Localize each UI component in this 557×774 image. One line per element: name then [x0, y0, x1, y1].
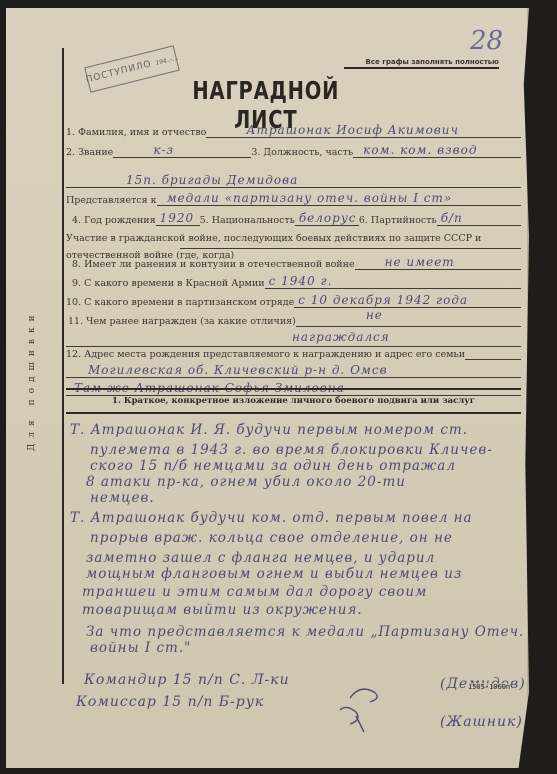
section-divider-bottom	[66, 412, 521, 414]
field-prior-awards-value: не	[366, 308, 383, 322]
field-nationality-label: 5. Национальность	[200, 215, 295, 226]
field-name-value: Атрашонак Иосиф Акимович	[246, 123, 459, 137]
field-wounds-value: не имеет	[385, 255, 455, 269]
field-address: 12. Адрес места рождения представляемого…	[66, 344, 521, 360]
field-rank-label: 2. Звание	[66, 147, 113, 158]
field-birth-year-label: 4. Год рождения	[72, 215, 156, 226]
field-nominated: Представляется к медали «партизану отеч.…	[66, 190, 521, 206]
field-rank-value: к-з	[153, 143, 174, 157]
field-nominated-value: медали «партизану отеч. войны I ст»	[167, 191, 453, 205]
field-address-value-1: Могилевская об. Кличевский р-н д. Омсв	[88, 363, 388, 377]
field-birth-year-value: 1920	[160, 211, 195, 225]
field-position-value: ком. ком. взвод	[363, 143, 477, 157]
narrative-line: прорыв враж. кольца свое отделение, он н…	[90, 530, 453, 546]
stamp-date: 194..-...	[155, 54, 179, 66]
field-red-army: 9. С какого времени в Красной Армии с 19…	[72, 273, 521, 289]
narrative-line: пулемета в 1943 г. во время блокировки К…	[90, 442, 493, 458]
field-nationality-value: белорус	[299, 211, 357, 225]
narrative-line: товарищам выйти из окружения.	[82, 602, 363, 618]
field-address-label: 12. Адрес места рождения представляемого…	[66, 349, 465, 360]
field-wounds: 8. Имеет ли ранения и контузии в отечест…	[72, 254, 521, 270]
instruction-text: Все графы заполнять полностью	[344, 58, 499, 69]
field-civil-war-line	[180, 248, 521, 249]
field-partisan: 10. С какого времени в партизанском отря…	[66, 292, 521, 308]
narrative-line: 8 атаки пр-ка, огнем убил около 20-ти	[86, 474, 406, 490]
field-partisan-label: 10. С какого времени в партизанском отря…	[66, 297, 294, 308]
field-name-label: 1. Фамилия, имя и отчество	[66, 127, 206, 138]
narrative-line: Т. Атрашонак будучи ком. отд. первым пов…	[70, 510, 473, 526]
narrative-line: ского 15 п/б немцами за один день отража…	[90, 458, 456, 474]
narrative-line: Т. Атрашонак И. Я. будучи первым номером…	[70, 422, 468, 438]
field-partisan-value: с 10 декабря 1942 года	[298, 293, 468, 307]
narrative-line: траншеи и этим самым дал дорогу своим	[82, 584, 427, 600]
field-position-cont-line: 15п. бригады Демидова	[66, 172, 521, 188]
field-prior-awards-cont: награждался	[292, 330, 390, 344]
margin-rule	[62, 48, 64, 684]
narrative-line: войны I ст."	[90, 640, 191, 656]
field-prior-awards-label: 11. Чем ранее награжден (за какие отличи…	[68, 316, 296, 327]
narrative-line: За что представляется к медали „Партизан…	[86, 624, 524, 640]
narrative-line: немцев.	[90, 490, 155, 506]
commissar-name: (Жашник)	[440, 714, 523, 730]
field-address-line1: Могилевская об. Кличевский р-н д. Омсв	[66, 362, 521, 378]
archive-stamp: 1505-1060п	[468, 683, 510, 691]
field-position-label: 3. Должность, часть	[251, 147, 353, 158]
section-divider-top	[66, 388, 521, 390]
field-position-cont: 15п. бригады Демидова	[126, 173, 298, 187]
narrative-line: мощным фланговым огнем и выбил немцев из	[86, 566, 462, 582]
field-red-army-value: с 1940 г.	[269, 274, 333, 288]
field-party-label: 6. Партийность	[359, 215, 437, 226]
narrative-line: заметно зашел с фланга немцев, и ударил	[86, 550, 435, 566]
field-party-value: б/п	[441, 211, 463, 225]
field-nominated-label: Представляется к	[66, 195, 157, 206]
margin-label: Для подшивки	[12, 260, 52, 500]
field-prior-awards: 11. Чем ранее награжден (за какие отличи…	[68, 311, 521, 327]
field-name: 1. Фамилия, имя и отчество Атрашонак Иос…	[66, 122, 521, 138]
field-birth-nation-party: 4. Год рождения 1920 5. Национальность б…	[72, 210, 521, 226]
signature-scribble	[330, 680, 400, 740]
field-rank-position: 2. Звание к-з 3. Должность, часть ком. к…	[66, 142, 521, 158]
field-wounds-label: 8. Имеет ли ранения и контузии в отечест…	[72, 259, 355, 270]
folio-number: 28	[470, 26, 503, 56]
commander-label: Командир 15 п/п С. Л-ки	[84, 672, 290, 688]
field-red-army-label: 9. С какого времени в Красной Армии	[72, 278, 265, 289]
section-heading: 1. Краткое, конкретное изложение личного…	[66, 396, 521, 406]
commissar-label: Комиссар 15 п/п Б-рук	[76, 694, 264, 710]
